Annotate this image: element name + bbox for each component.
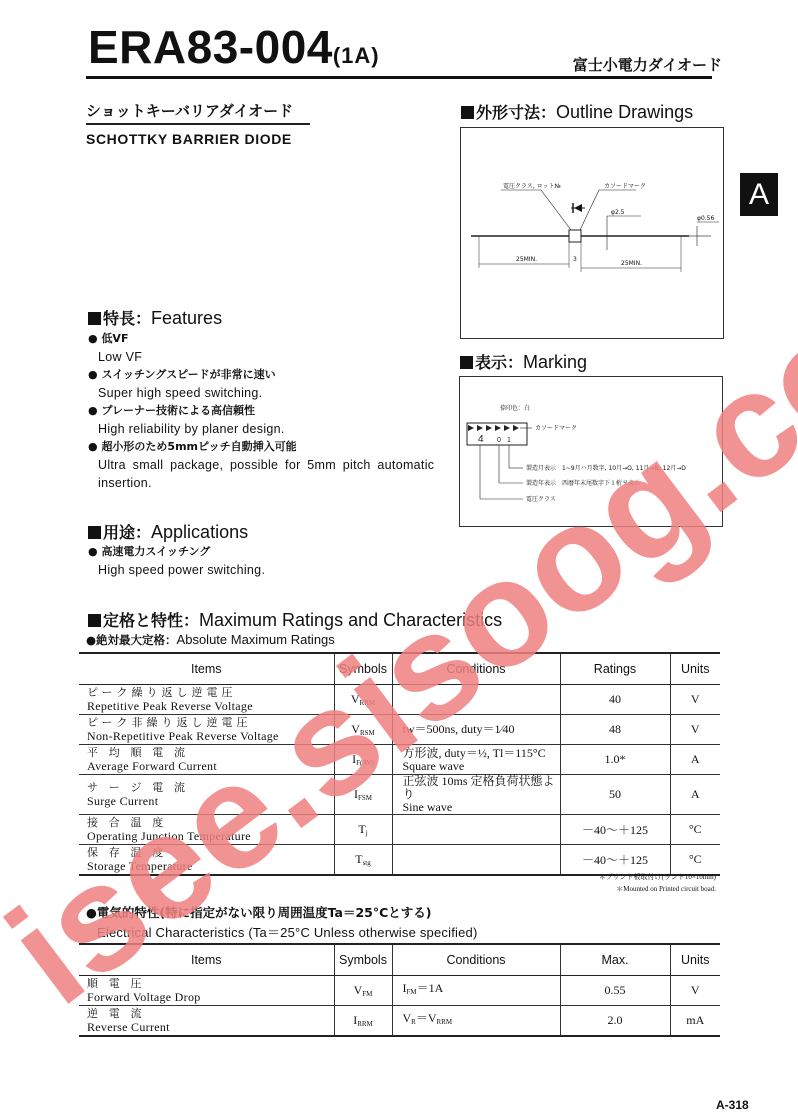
outline-heading: 外形寸法：Outline Drawings [461, 100, 693, 123]
square-bullet-icon [460, 356, 473, 369]
marking-diagram: 捺印色：白 カソードマーク 4 0 1 製造月表示 1~9月ハ月数字, 10月→… [460, 377, 722, 526]
table-row: サ ー ジ 電 流Surge Current IFSM 正弦波 10ms 定格負… [79, 775, 720, 815]
table-row: 逆 電 流Reverse Current IRRM VR＝VRRM 2.0 mA [79, 1006, 720, 1037]
feature-item: ● 低VFLow VF [88, 330, 438, 366]
table-row: 接 合 温 度Operating Junction Temperature Tj… [79, 815, 720, 845]
square-bullet-icon [88, 614, 101, 627]
square-bullet-icon [88, 312, 101, 325]
type-rule [86, 123, 310, 125]
marking-drawing: 捺印色：白 カソードマーク 4 0 1 製造月表示 1~9月ハ月数字, 10月→… [459, 376, 723, 527]
square-bullet-icon [461, 106, 474, 119]
features-heading: 特長：Features [88, 306, 222, 329]
electrical-heading-en: Electrical Characteristics (Ta＝25°C Unle… [97, 922, 477, 941]
svg-text:製造月表示 1~9月ハ月数字, 10月→O, 11月→N,: 製造月表示 1~9月ハ月数字, 10月→O, 11月→N, 12月→D [526, 464, 686, 472]
table-row: ピーク繰り返し逆電圧Repetitive Peak Reverse Voltag… [79, 685, 720, 715]
device-type-jp: ショットキーバリアダイオード [86, 100, 293, 121]
svg-text:カソードマーク: カソードマーク [535, 425, 577, 432]
square-bullet-icon [88, 526, 101, 539]
feature-item: ● プレーナー技術による高信頼性High reliability by plan… [88, 402, 438, 438]
svg-text:3: 3 [573, 256, 577, 263]
svg-text:4: 4 [478, 434, 484, 445]
feature-item: ● 超小形のため5mmピッチ自動挿入可能Ultra small package,… [88, 438, 438, 492]
svg-text:25MIN.: 25MIN. [516, 256, 537, 263]
device-type-en: SCHOTTKY BARRIER DIODE [86, 131, 292, 147]
diode-outline-diagram: 電圧クラス, ロット№ カソードマーク φ2.5 φ0.56 25MIN. 3 … [461, 128, 723, 338]
feature-item: ● スイッチングスピードが非常に速いSuper high speed switc… [88, 366, 438, 402]
electrical-characteristics-table: Items Symbols Conditions Max. Units 順 電 … [79, 943, 720, 1037]
table-header-row: Items Symbols Conditions Ratings Units [79, 653, 720, 685]
features-list: ● 低VFLow VF ● スイッチングスピードが非常に速いSuper high… [88, 330, 438, 492]
svg-text:φ0.56: φ0.56 [697, 215, 715, 222]
svg-text:カソードマーク: カソードマーク [604, 183, 646, 190]
svg-text:電圧クラス: 電圧クラス [526, 495, 556, 503]
marking-heading: 表示：Marking [460, 350, 587, 373]
footnote-en: ＊Mounted on Printed circuit boad. [616, 884, 716, 894]
title-rule [86, 76, 712, 79]
ratings-heading: 定格と特性：Maximum Ratings and Characteristic… [88, 608, 502, 631]
footnote-jp: ＊プリント板取付け(ランド10×10mm) [599, 872, 716, 882]
table-header-row: Items Symbols Conditions Max. Units [79, 944, 720, 976]
applications-list: ● 高速電力スイッチングHigh speed power switching. [88, 543, 265, 579]
svg-text:0: 0 [497, 437, 501, 444]
current-rating: (1A) [333, 43, 380, 68]
svg-text:製造年表示 西暦年末尾数字下１桁ヲ表示: 製造年表示 西暦年末尾数字下１桁ヲ表示 [526, 479, 641, 487]
svg-text:φ2.5: φ2.5 [611, 209, 625, 216]
applications-heading: 用途：Applications [88, 520, 248, 543]
application-item: ● 高速電力スイッチングHigh speed power switching. [88, 543, 265, 579]
section-badge: A [740, 173, 778, 216]
table-row: 保 存 温 度Storage Temperature Tstg －40～＋125… [79, 845, 720, 876]
svg-text:25MIN.: 25MIN. [621, 260, 642, 267]
svg-text:電圧クラス, ロット№: 電圧クラス, ロット№ [503, 182, 561, 190]
svg-text:捺印色：白: 捺印色：白 [500, 404, 530, 412]
part-number: ERA83-004 [88, 21, 333, 73]
table-row: 順 電 圧Forward Voltage Drop VFM IFM＝1A 0.5… [79, 976, 720, 1006]
absolute-max-heading: ●絶対最大定格：Absolute Maximum Ratings [86, 632, 335, 648]
series-jp: 富士小電力ダイオード [573, 54, 722, 75]
svg-text:1: 1 [507, 437, 511, 444]
outline-drawing: 電圧クラス, ロット№ カソードマーク φ2.5 φ0.56 25MIN. 3 … [460, 127, 724, 339]
table-row: ピーク非繰り返し逆電圧Non-Repetitive Peak Reverse V… [79, 715, 720, 745]
electrical-heading-jp: ●電気的特性(特に指定がない限り周囲温度Ta＝25°Cとする) [86, 903, 432, 921]
table-row: 平 均 順 電 流Average Forward Current IF(AV) … [79, 745, 720, 775]
page-number: A-318 [716, 1098, 749, 1112]
absolute-max-ratings-table: Items Symbols Conditions Ratings Units ピ… [79, 652, 720, 876]
part-number-title: ERA83-004(1A) [88, 22, 380, 81]
